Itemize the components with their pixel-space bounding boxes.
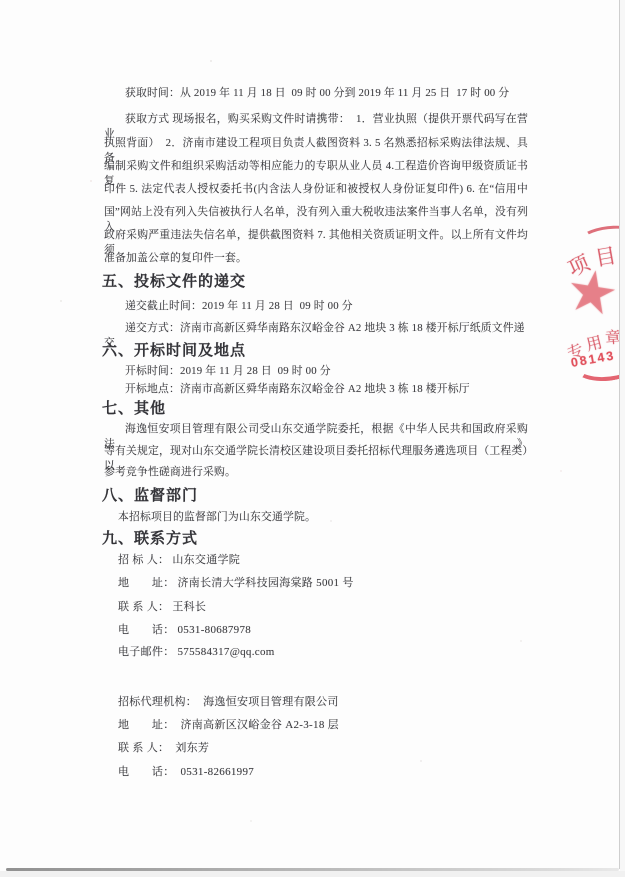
agency-label: 地 址： [118, 719, 175, 731]
contact-value: 山东交通学院 [172, 554, 240, 566]
supervision-body-line: 本招标项目的监督部门为山东交通学院。 [104, 510, 528, 525]
submit-deadline-line: 递交截止时间：2019 年 11 月 28 日 09 时 00 分 [104, 299, 528, 314]
scan-right-edge-line [619, 0, 620, 869]
contact-row-phone: 电 话：0531-80687978 [118, 623, 528, 638]
contact-row-address: 地 址：济南长清大学科技园海棠路 5001 号 [118, 576, 528, 591]
bid-open-place-line: 开标地点：济南市高新区舜华南路东汉峪金谷 A2 地块 3 栋 18 楼开标厅 [104, 382, 528, 397]
agency-value: 0531-82661997 [181, 766, 255, 778]
agency-value: 刘东芳 [175, 742, 209, 754]
agency-value: 济南高新区汉峪金谷 A2-3-18 层 [181, 719, 339, 731]
contact-row-email: 电子邮件：575584317@qq.com [118, 645, 528, 660]
section-7-heading: 七、其他 [102, 400, 528, 418]
contact-row-bidder: 招 标 人：山东交通学院 [118, 553, 528, 568]
contact-row-person: 联 系 人：王科长 [118, 600, 528, 615]
scanned-document-page: 获取时间：从 2019 年 11 月 18 日 09 时 00 分到 2019 … [0, 0, 625, 877]
scan-right-margin [620, 0, 625, 877]
section-6-heading: 六、开标时间及地点 [102, 342, 528, 360]
contact-label: 招 标 人： [118, 554, 169, 566]
document-body: 获取时间：从 2019 年 11 月 18 日 09 时 00 分到 2019 … [104, 0, 528, 877]
other-paragraph-line: 参考竞争性磋商进行采购。 [104, 465, 528, 480]
contact-label: 电子邮件： [118, 646, 175, 658]
contact-label: 地 址： [118, 577, 175, 589]
agency-label: 电 话： [118, 766, 175, 778]
agency-row-address: 地 址：济南高新区汉峪金谷 A2-3-18 层 [118, 718, 528, 733]
section-8-heading: 八、监督部门 [102, 487, 528, 505]
contact-value: 济南长清大学科技园海棠路 5001 号 [178, 577, 354, 589]
agency-label: 招标代理机构： [118, 696, 197, 708]
bid-open-time-line: 开标时间：2019 年 11 月 28 日 09 时 00 分 [104, 364, 528, 379]
contact-label: 电 话： [118, 624, 175, 636]
red-seal-stamp: 项 目 ★ 专 用 章 08143 [552, 218, 625, 383]
scan-noise-speckles [0, 0, 2, 2]
contact-value: 575584317@qq.com [178, 646, 275, 658]
section-5-heading: 五、投标文件的递交 [102, 273, 528, 291]
acquire-method-line: 印件 5. 法定代表人授权委托书(内含法人身份证和被授权人身份证复印件) 6. … [104, 182, 528, 197]
agency-label: 联 系 人： [118, 742, 169, 754]
contact-value: 王科长 [172, 601, 206, 613]
agency-row-person: 联 系 人：刘东芳 [118, 741, 528, 756]
agency-value: 海逸恒安项目管理有限公司 [203, 696, 339, 708]
contact-label: 联 系 人： [118, 601, 169, 613]
acquire-time-line: 获取时间：从 2019 年 11 月 18 日 09 时 00 分到 2019 … [104, 86, 528, 101]
star-icon: ★ [562, 260, 622, 325]
scan-bottom-edge-line [6, 868, 619, 871]
agency-row-phone: 电 话：0531-82661997 [118, 765, 528, 780]
contact-value: 0531-80687978 [178, 624, 252, 636]
section-9-heading: 九、联系方式 [102, 530, 528, 548]
acquire-method-line: 准备加盖公章的复印件一套。 [104, 251, 528, 266]
agency-row-name: 招标代理机构：海逸恒安项目管理有限公司 [118, 695, 528, 710]
scan-bottom-margin [0, 871, 625, 877]
